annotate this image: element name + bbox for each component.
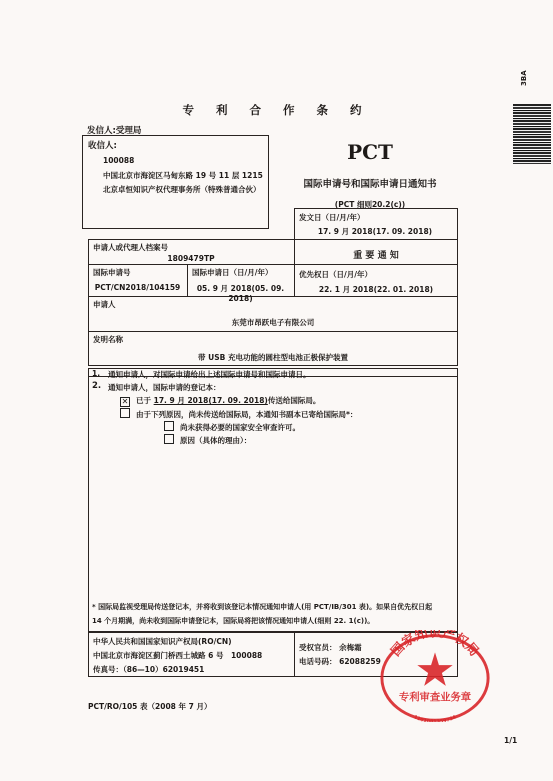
application-number-label: 国际申请号: [93, 267, 131, 278]
page-number: 1/1: [504, 736, 517, 745]
security-clearance-text: 尚未获得必要的国家安全审查许可。: [180, 423, 300, 432]
transmitted-date: 17. 9 月 2018(17. 09. 2018): [154, 396, 268, 405]
invention-title: 带 USB 充电功能的圆柱型电池正极保护装置: [88, 352, 458, 363]
not-transmitted-text: 由于下列原因，尚未传送给国际局，本通知书副本已寄给国际局*：: [136, 410, 357, 419]
footnote-line2: 14 个月期满，尚未收到国际申请登记本，国际局将把该情况通知申请人(细则 22.…: [92, 616, 374, 626]
office-name: 中华人民共和国国家知识产权局(RO/CN): [93, 636, 232, 647]
application-number-value: PCT/CN2018/104159: [88, 283, 187, 292]
pct-logo: PCT: [300, 140, 440, 164]
filing-date-value: 05. 9 月 2018(05. 09. 2018): [187, 283, 294, 303]
option-security-clearance[interactable]: 尚未获得必要的国家安全审查许可。: [164, 421, 300, 433]
officer: 受权官员： 余梅霜: [299, 642, 362, 653]
official-seal-stamp: 国家知识产权局 专利审查业务章 1101081359734: [376, 630, 494, 722]
other-reason-checkbox[interactable]: [164, 434, 174, 444]
divider: [88, 264, 458, 265]
office-fax: 传真号：（86—10）62019451: [93, 664, 204, 675]
transmitted-suffix: 传送给国际局。: [268, 396, 321, 405]
transmitted-checkbox[interactable]: ✕: [120, 397, 130, 407]
officer-label: 受权官员：: [299, 643, 337, 652]
filing-date-label: 国际申请日（日/月/年）: [192, 267, 272, 278]
phone-label: 电话号码：: [299, 657, 337, 666]
footnote-line1: * 国际局监视受理局传送登记本，并将收到该登记本情况通知申请人(用 PCT/IB…: [92, 602, 432, 612]
priority-date-label: 优先权日（日/月/年）: [299, 269, 372, 280]
recipient-postcode: 100088: [103, 156, 134, 165]
notice-item2-number: 2.: [92, 381, 101, 391]
form-id: PCT/RO/105 表（2008 年 7 月）: [88, 701, 211, 712]
notice-item2: 通知申请人，国际申请的登记本：: [108, 382, 221, 393]
barcode-label: 3BA: [520, 70, 528, 86]
recipient-address: 中国北京市海淀区马甸东路 19 号 11 层 1215: [103, 170, 263, 181]
svg-text:专利审查业务章: 专利审查业务章: [399, 691, 472, 704]
option-not-transmitted[interactable]: 由于下列原因，尚未传送给国际局，本通知书副本已寄给国际局*：: [120, 408, 357, 420]
mailing-date-box: 发文日（日/月/年） 17. 9 月 2018(17. 09. 2018): [294, 208, 458, 240]
notice-item1-number: 1.: [92, 369, 100, 378]
mailing-date-label: 发文日（日/月/年）: [299, 212, 364, 223]
not-transmitted-checkbox[interactable]: [120, 408, 130, 418]
recipient-label: 收信人:: [88, 139, 117, 151]
recipient-agency: 北京卓恒知识产权代理事务所（特殊普通合伙）: [103, 184, 261, 195]
treaty-title: 专 利 合 作 条 约: [0, 102, 553, 118]
option-transmitted[interactable]: ✕已于 17. 9 月 2018(17. 09. 2018)传送给国际局。: [120, 395, 320, 407]
phone: 电话号码： 62088259: [299, 656, 381, 667]
barcode: [513, 104, 551, 164]
svg-text:1101081359734: 1101081359734: [413, 714, 458, 722]
invention-label: 发明名称: [93, 334, 123, 345]
file-reference-label: 申请人或代理人档案号: [93, 242, 168, 253]
notice-item1: 通知申请人，对国际申请给出上述国际申请号和国际申请日。: [108, 369, 311, 380]
priority-date-value: 22. 1 月 2018(22. 01. 2018): [294, 284, 458, 295]
security-clearance-checkbox[interactable]: [164, 421, 174, 431]
applicant-label: 申请人: [93, 299, 116, 310]
divider: [88, 331, 458, 332]
option-other-reason[interactable]: 原因（具体的理由）：: [164, 434, 251, 446]
office-address: 中国北京市海淀区蓟门桥西土城路 6 号 100088: [93, 650, 262, 661]
mailing-date-value: 17. 9 月 2018(17. 09. 2018): [295, 226, 455, 237]
officer-name: 余梅霜: [339, 643, 362, 652]
transmitted-prefix: 已于: [136, 396, 151, 405]
file-reference-value: 1809479TP: [88, 254, 294, 263]
notice-title: 国际申请号和国际申请日通知书: [270, 176, 470, 190]
applicant-value: 东莞市昂跃电子有限公司: [88, 317, 458, 328]
phone-value: 62088259: [339, 657, 381, 666]
recipient-box: 收信人: 100088 中国北京市海淀区马甸东路 19 号 11 层 1215 …: [82, 135, 269, 229]
other-reason-text: 原因（具体的理由）：: [180, 436, 251, 445]
important-notice: 重 要 通 知: [294, 248, 458, 261]
divider: [294, 632, 295, 677]
